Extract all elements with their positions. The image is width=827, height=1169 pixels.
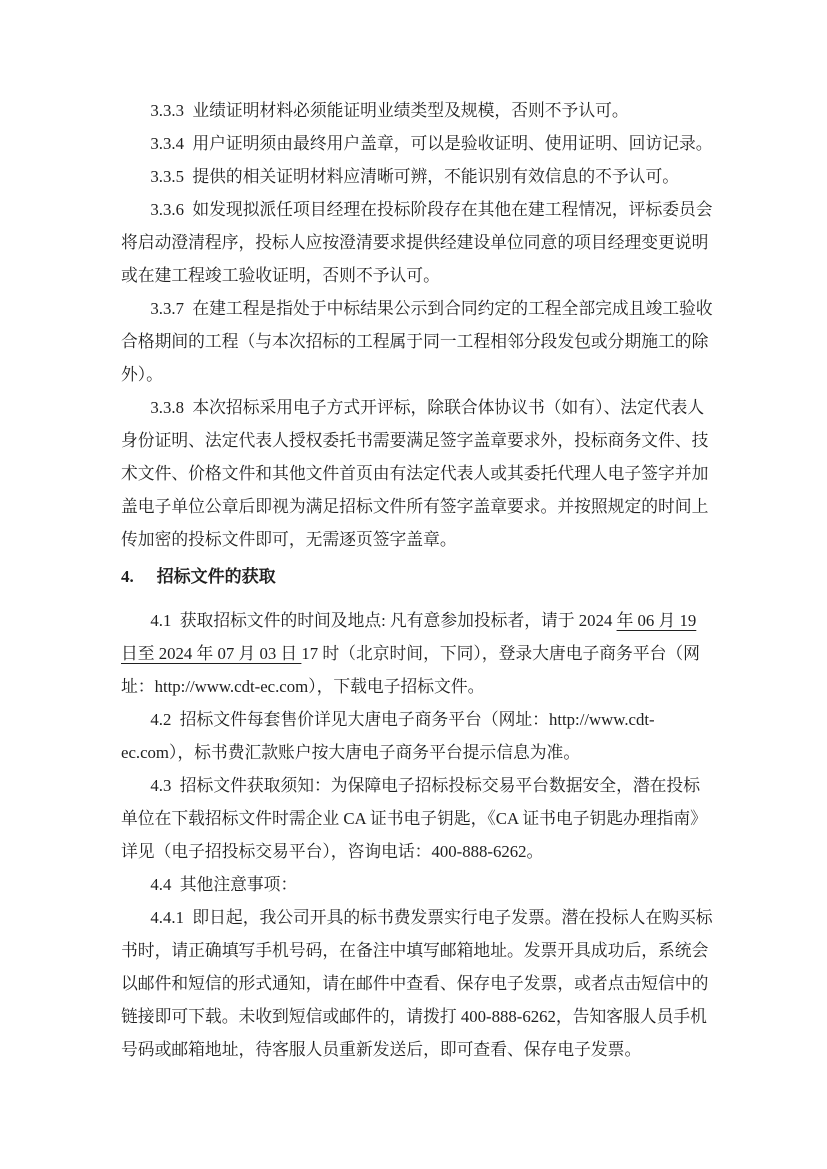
paragraph-number: 3.3.4: [150, 134, 184, 153]
paragraph-text: 在建工程是指处于中标结果公示到合同约定的工程全部完成且竣工验收合格期间的工程（与…: [121, 299, 713, 384]
paragraph-text: 用户证明须由最终用户盖章，可以是验收证明、使用证明、回访记录。: [192, 134, 712, 153]
paragraph-text: 招标文件获取须知：为保障电子招标投标交易平台数据安全，潜在投标单位在下载招标文件…: [121, 776, 707, 861]
paragraph-text: 提供的相关证明材料应清晰可辨，不能识别有效信息的不予认可。: [192, 167, 679, 186]
paragraph-text-before-dates: 获取招标文件的时间及地点: 凡有意参加投标者，请于 2024: [180, 611, 617, 630]
heading-title: 招标文件的获取: [157, 567, 276, 586]
document-page: 3.3.3业绩证明材料必须能证明业绩类型及规模，否则不予认可。 3.3.4用户证…: [0, 0, 827, 1169]
paragraph-number: 3.3.6: [150, 200, 184, 219]
paragraph-number: 3.3.5: [150, 167, 184, 186]
paragraph-number: 3.3.7: [150, 299, 184, 318]
paragraph-text: 业绩证明材料必须能证明业绩类型及规模，否则不予认可。: [192, 101, 628, 120]
paragraph-3-3-7: 3.3.7在建工程是指处于中标结果公示到合同约定的工程全部完成且竣工验收合格期间…: [121, 292, 713, 391]
paragraph-number: 3.3.3: [150, 101, 184, 120]
paragraph-4-4-1: 4.4.1即日起，我公司开具的标书费发票实行电子发票。潜在投标人在购买标书时，请…: [121, 901, 713, 1066]
paragraph-number: 4.3: [150, 776, 171, 795]
paragraph-number: 4.2: [150, 710, 171, 729]
paragraph-text: 其他注意事项：: [180, 875, 297, 894]
paragraph-3-3-8: 3.3.8本次招标采用电子方式开评标，除联合体协议书（如有）、法定代表人身份证明…: [121, 391, 713, 556]
paragraph-4-2: 4.2招标文件每套售价详见大唐电子商务平台（网址：http://www.cdt-…: [121, 703, 713, 769]
paragraph-4-4: 4.4其他注意事项：: [121, 868, 713, 901]
heading-number: 4.: [121, 567, 134, 586]
paragraph-3-3-6: 3.3.6如发现拟派任项目经理在投标阶段存在其他在建工程情况，评标委员会将启动澄…: [121, 193, 713, 292]
paragraph-number: 4.1: [150, 611, 171, 630]
paragraph-4-3: 4.3招标文件获取须知：为保障电子招标投标交易平台数据安全，潜在投标单位在下载招…: [121, 769, 713, 868]
paragraph-3-3-3: 3.3.3业绩证明材料必须能证明业绩类型及规模，否则不予认可。: [121, 94, 713, 127]
section-4-heading: 4.招标文件的获取: [121, 560, 713, 593]
paragraph-3-3-5: 3.3.5提供的相关证明材料应清晰可辨，不能识别有效信息的不予认可。: [121, 160, 713, 193]
paragraph-number: 4.4.1: [150, 908, 184, 927]
paragraph-text: 即日起，我公司开具的标书费发票实行电子发票。潜在投标人在购买标书时，请正确填写手…: [121, 908, 713, 1059]
paragraph-3-3-4: 3.3.4用户证明须由最终用户盖章，可以是验收证明、使用证明、回访记录。: [121, 127, 713, 160]
paragraph-text: 如发现拟派任项目经理在投标阶段存在其他在建工程情况，评标委员会将启动澄清程序，投…: [121, 200, 713, 285]
paragraph-number: 4.4: [150, 875, 171, 894]
paragraph-text: 招标文件每套售价详见大唐电子商务平台（网址：http://www.cdt-ec.…: [121, 710, 655, 762]
paragraph-4-1: 4.1获取招标文件的时间及地点: 凡有意参加投标者，请于 2024 年 06 月…: [121, 604, 713, 703]
document-body: 3.3.3业绩证明材料必须能证明业绩类型及规模，否则不予认可。 3.3.4用户证…: [121, 94, 713, 1066]
paragraph-number: 3.3.8: [150, 398, 184, 417]
paragraph-text: 本次招标采用电子方式开评标，除联合体协议书（如有）、法定代表人身份证明、法定代表…: [121, 398, 708, 549]
